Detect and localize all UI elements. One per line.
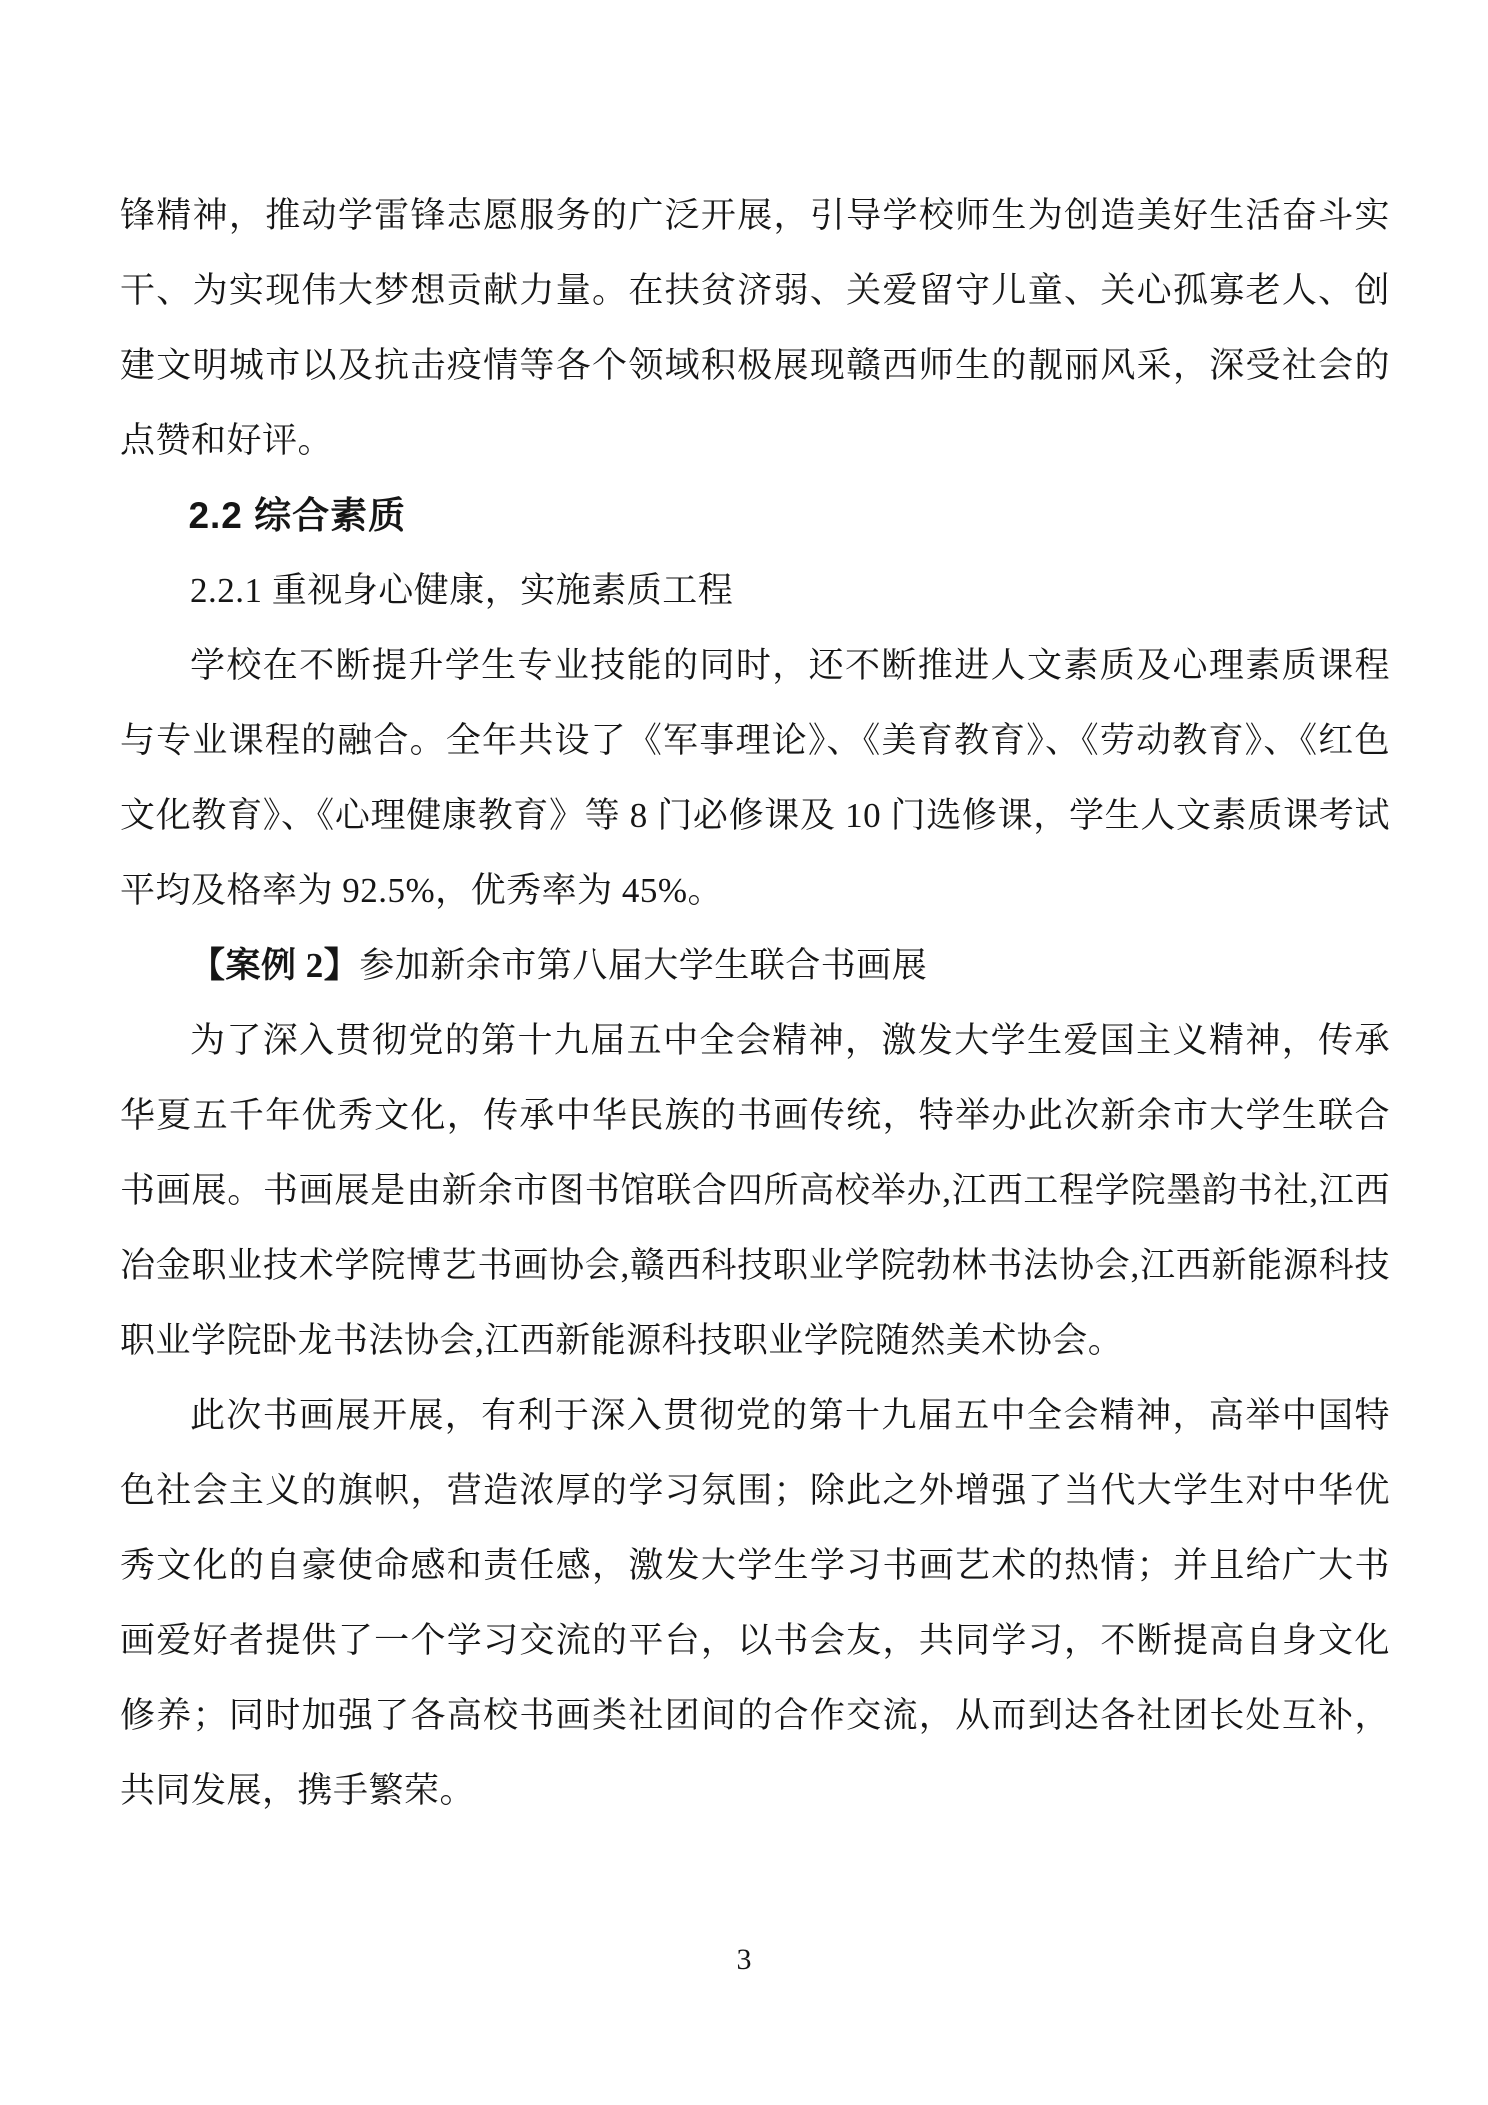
case-2-label: 【案例 2】 xyxy=(190,946,359,985)
document-page: 锋精神，推动学雷锋志愿服务的广泛开展，引导学校师生为创造美好生活奋斗实干、为实现… xyxy=(0,0,1488,2105)
section-heading-2-2: 2.2 综合素质 xyxy=(120,478,1390,553)
paragraph-case-intro: 为了深入贯彻党的第十九届五中全会精神，激发大学生爱国主义精神，传承华夏五千年优秀… xyxy=(120,1003,1390,1378)
document-body: 锋精神，推动学雷锋志愿服务的广泛开展，引导学校师生为创造美好生活奋斗实干、为实现… xyxy=(120,178,1390,1828)
paragraph-quality-course: 学校在不断提升学生专业技能的同时，还不断推进人文素质及心理素质课程与专业课程的融… xyxy=(120,628,1390,928)
case-2-title-line: 【案例 2】参加新余市第八届大学生联合书画展 xyxy=(120,928,1390,1003)
paragraph-continuation: 锋精神，推动学雷锋志愿服务的广泛开展，引导学校师生为创造美好生活奋斗实干、为实现… xyxy=(120,178,1390,478)
paragraph-case-significance: 此次书画展开展，有利于深入贯彻党的第十九届五中全会精神，高举中国特色社会主义的旗… xyxy=(120,1378,1390,1828)
case-2-title: 参加新余市第八届大学生联合书画展 xyxy=(359,946,927,985)
subsection-heading-2-2-1: 2.2.1 重视身心健康，实施素质工程 xyxy=(120,553,1390,628)
page-number: 3 xyxy=(0,1943,1488,1977)
